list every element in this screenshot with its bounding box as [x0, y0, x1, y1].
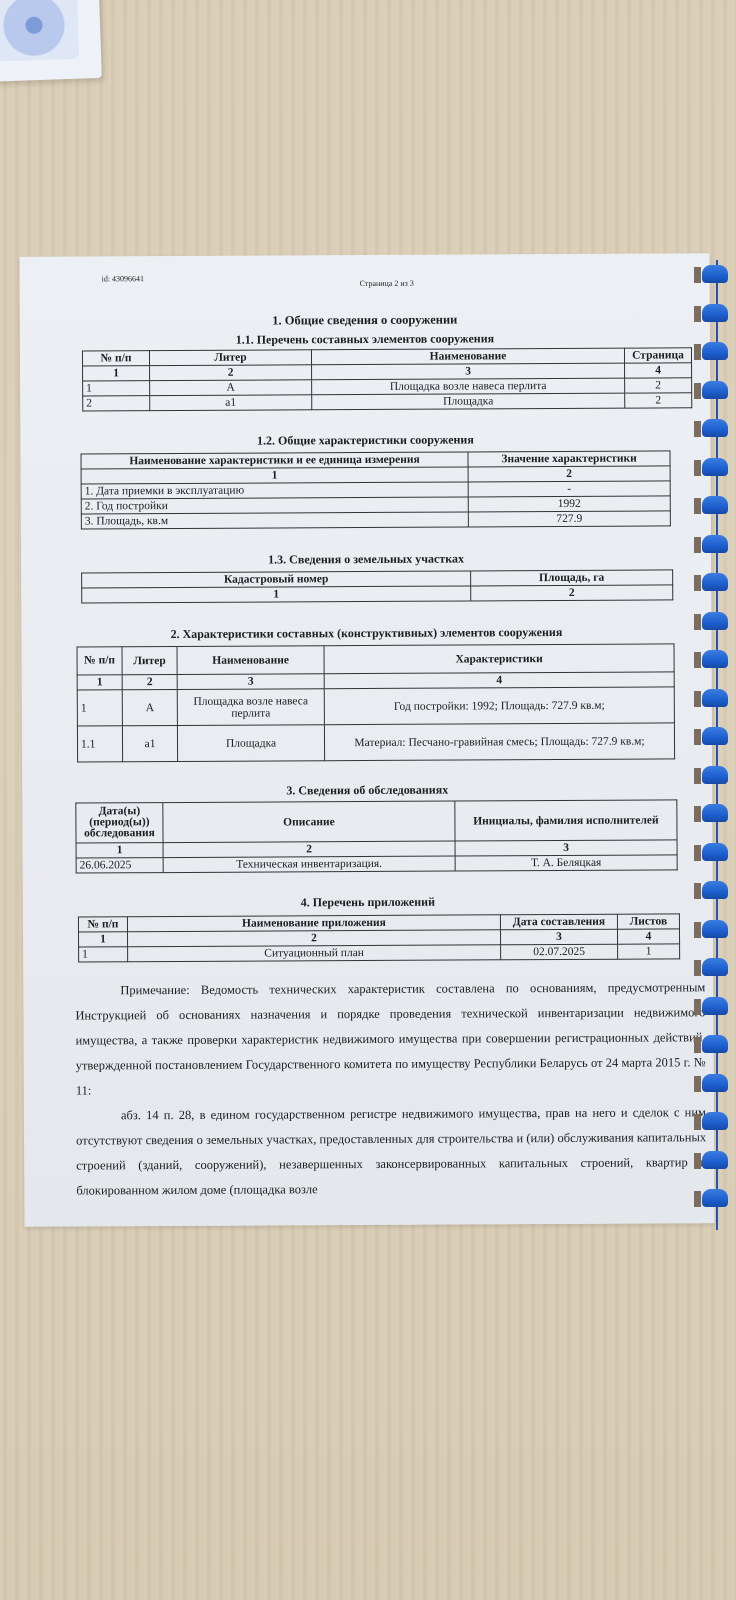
- cell: 727.9: [468, 511, 670, 527]
- binding-hole: [694, 1153, 701, 1169]
- binding-ring: [702, 650, 728, 668]
- note-paragraph-2: абз. 14 п. 28, в едином государственном …: [76, 1100, 707, 1203]
- binding-ring: [702, 727, 728, 745]
- table-row: 1.1 а1 Площадка Материал: Песчано-гравий…: [77, 723, 674, 762]
- column-number: 4: [617, 929, 679, 944]
- table-row: 2 а1 Площадка 2: [83, 393, 692, 411]
- binding-hole: [694, 383, 701, 399]
- binding-hole: [694, 729, 701, 745]
- cell: 1.1: [77, 726, 122, 762]
- column-number: 4: [625, 363, 692, 378]
- binding-hole: [694, 1037, 701, 1053]
- header-cell: Значение характеристики: [468, 451, 670, 467]
- cell: а1: [150, 395, 312, 411]
- cell: 2: [625, 378, 692, 393]
- cell: Площадка: [177, 725, 324, 762]
- header-cell: Описание: [163, 801, 455, 843]
- cell: 02.07.2025: [501, 944, 618, 960]
- cell: 2: [625, 393, 692, 408]
- booklet-corner: [0, 0, 102, 82]
- cell: Ситуационный план: [128, 945, 501, 962]
- binding-hole: [694, 960, 701, 976]
- elements-table: № п/п Литер Наименование Страница 1 2 3 …: [82, 347, 692, 411]
- column-number: 2: [163, 841, 455, 858]
- cell: А: [122, 689, 177, 725]
- column-number: 3: [177, 674, 324, 690]
- binding-ring: [702, 920, 728, 938]
- binding-hole: [694, 575, 701, 591]
- table-header-row: № п/п Литер Наименование Характеристики: [77, 644, 674, 675]
- cell: 3. Площадь, кв.м: [81, 512, 468, 529]
- page-number: Страница 2 из 3: [360, 279, 414, 288]
- section1-2-title: 1.2. Общие характеристики сооружения: [20, 431, 710, 450]
- structural-elements-table: № п/п Литер Наименование Характеристики …: [77, 643, 676, 762]
- column-number: 2: [122, 674, 177, 689]
- cell: -: [468, 481, 670, 497]
- cell: 26.06.2025: [76, 858, 163, 873]
- binding-hole: [694, 460, 701, 476]
- column-number: 2: [471, 585, 673, 601]
- binding-ring: [702, 843, 728, 861]
- binding-hole: [694, 1114, 701, 1130]
- cell: Материал: Песчано-гравийная смесь; Площа…: [324, 723, 674, 761]
- table-row: 26.06.2025 Техническая инвентаризация. Т…: [76, 855, 677, 873]
- column-number: 1: [77, 675, 122, 690]
- cell: Техническая инвентаризация.: [163, 856, 455, 873]
- table-header-row: Дата(ы) (период(ы)) обследования Описани…: [76, 800, 677, 843]
- cell: Т. А. Беляцкая: [455, 855, 677, 871]
- header-cell: Литер: [122, 646, 177, 674]
- header-cell: Наименование: [177, 646, 324, 675]
- cell: Площадка возле навеса перлита: [312, 378, 625, 395]
- land-plots-table: Кадастровый номер Площадь, га 1 2: [81, 569, 673, 603]
- characteristics-table: Наименование характеристики и ее единица…: [80, 450, 670, 529]
- cell: А: [150, 380, 312, 396]
- cell: 2: [83, 396, 150, 411]
- section1-title: 1. Общие сведения о сооружении: [20, 311, 710, 330]
- section1-3-title: 1.3. Сведения о земельных участках: [21, 550, 711, 569]
- column-number: 2: [468, 466, 670, 482]
- header-cell: Дата составления: [500, 914, 617, 930]
- section1-1-title: 1.1. Перечень составных элементов сооруж…: [20, 330, 710, 349]
- cell: 1: [83, 381, 150, 396]
- table-row: 1 А Площадка возле навеса перлита Год по…: [77, 687, 674, 726]
- attachments-table: № п/п Наименование приложения Дата соста…: [78, 913, 680, 962]
- document-page: id: 43096641 Страница 2 из 3 1. Общие св…: [19, 253, 714, 1227]
- column-number: 1: [82, 586, 471, 603]
- binding-ring: [702, 881, 728, 899]
- binding-hole: [694, 652, 701, 668]
- header-cell: Литер: [149, 350, 311, 366]
- spiral-binding: [694, 260, 736, 1230]
- binding-hole: [694, 1191, 701, 1207]
- binding-hole: [694, 806, 701, 822]
- note-paragraph-1: Примечание: Ведомость технических характ…: [75, 975, 706, 1103]
- binding-hole: [694, 691, 701, 707]
- header-cell: Наименование характеристики и ее единица…: [81, 452, 468, 469]
- binding-hole: [694, 999, 701, 1015]
- binding-hole: [694, 883, 701, 899]
- column-number: 3: [312, 363, 625, 380]
- binding-hole: [694, 922, 701, 938]
- binding-ring: [702, 612, 728, 630]
- cell: 1992: [468, 496, 670, 512]
- column-number: 3: [455, 840, 677, 856]
- binding-hole: [694, 421, 701, 437]
- inspections-table: Дата(ы) (период(ы)) обследования Описани…: [75, 799, 677, 873]
- table-row: 1 Ситуационный план 02.07.2025 1: [79, 944, 680, 962]
- document-id: id: 43096641: [102, 274, 144, 283]
- section3-title: 3. Сведения об обследованиях: [22, 781, 712, 800]
- cell: Площадка: [312, 393, 625, 410]
- column-number: 1: [79, 932, 128, 947]
- column-number: 1: [76, 843, 163, 858]
- cell: Площадка возле навеса перлита: [177, 689, 324, 726]
- cell: Год постройки: 1992; Площадь: 727.9 кв.м…: [324, 687, 674, 725]
- binding-hole: [694, 267, 701, 283]
- binding-ring: [702, 458, 728, 476]
- binding-ring: [702, 1189, 728, 1207]
- binding-ring: [702, 535, 728, 553]
- column-number: 3: [500, 929, 617, 945]
- binding-hole: [694, 614, 701, 630]
- binding-ring: [702, 573, 728, 591]
- binding-ring: [702, 689, 728, 707]
- header-cell: Наименование: [311, 348, 624, 365]
- binding-hole: [694, 1076, 701, 1092]
- column-number-row: 1 2: [82, 585, 673, 603]
- cell: 1: [79, 947, 128, 962]
- binding-hole: [694, 537, 701, 553]
- column-number: 1: [83, 366, 150, 381]
- binding-ring: [702, 342, 728, 360]
- header-cell: № п/п: [82, 351, 149, 366]
- note-text: Примечание: Ведомость технических характ…: [75, 975, 706, 1203]
- binding-ring: [702, 496, 728, 514]
- binding-ring: [702, 997, 728, 1015]
- binding-ring: [702, 1112, 728, 1130]
- column-number: 2: [150, 365, 312, 381]
- cell: а1: [122, 725, 177, 761]
- binding-hole: [694, 344, 701, 360]
- binding-hole: [694, 845, 701, 861]
- binding-ring: [702, 381, 728, 399]
- binding-ring: [702, 804, 728, 822]
- header-cell: № п/п: [77, 647, 122, 675]
- binding-ring: [702, 265, 728, 283]
- binding-ring: [702, 1151, 728, 1169]
- binding-ring: [702, 766, 728, 784]
- header-cell: Инициалы, фамилия исполнителей: [455, 800, 677, 841]
- header-cell: Площадь, га: [471, 570, 673, 586]
- binding-ring: [702, 958, 728, 976]
- cell: 1: [77, 690, 122, 726]
- header-cell: Листов: [617, 914, 679, 929]
- section4-title: 4. Перечень приложений: [23, 893, 713, 912]
- header-cell: Страница: [624, 348, 691, 363]
- binding-hole: [694, 768, 701, 784]
- cell: 1: [618, 944, 680, 959]
- header-cell: № п/п: [78, 917, 127, 932]
- binding-ring: [702, 1074, 728, 1092]
- binding-ring: [702, 304, 728, 322]
- binding-hole: [694, 306, 701, 322]
- section2-title: 2. Характеристики составных (конструктив…: [21, 624, 711, 643]
- header-cell: Дата(ы) (период(ы)) обследования: [76, 803, 163, 843]
- binding-ring: [702, 1035, 728, 1053]
- table-row: 3. Площадь, кв.м 727.9: [81, 511, 670, 529]
- header-cell: Характеристики: [324, 644, 674, 674]
- binding-ring: [702, 419, 728, 437]
- binding-hole: [694, 498, 701, 514]
- booklet-pattern: [0, 0, 79, 62]
